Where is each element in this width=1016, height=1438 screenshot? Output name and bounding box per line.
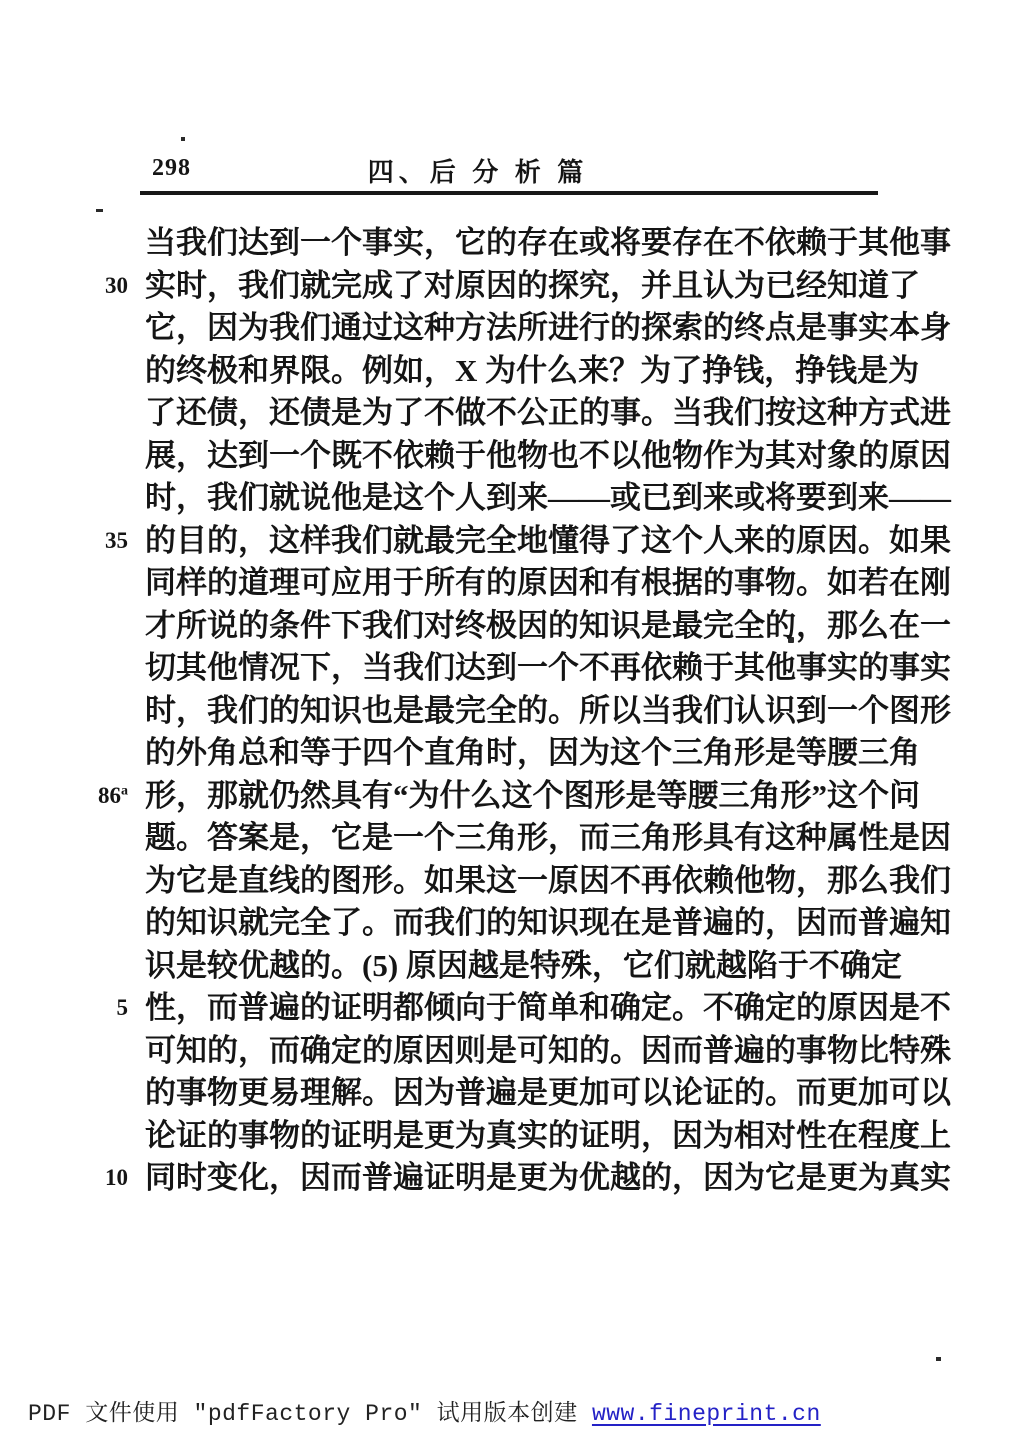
margin-label-35: 35: [52, 520, 128, 563]
chapter-header-title: 四、后 分 析 篇: [0, 152, 956, 189]
body-line: 的知识就完全了。而我们的知识现在是普遍的，因而普遍知: [145, 902, 875, 945]
pdf-watermark-text: PDF 文件使用 ″pdfFactory Pro″ 试用版本创建: [28, 1401, 592, 1427]
fineprint-link[interactable]: www.fineprint.cn: [592, 1401, 821, 1427]
header-rule: [140, 191, 878, 195]
margin-label-86a-superscript: a: [121, 783, 128, 798]
body-line: 的外角总和等于四个直角时，因为这个三角形是等腰三角: [145, 732, 875, 775]
body-text-block: 当我们达到一个事实，它的存在或将要存在不依赖于其他事 实时，我们就完成了对原因的…: [145, 222, 875, 1200]
margin-label-86a: 86a: [52, 775, 128, 818]
body-line: 了还债，还债是为了不做不公正的事。当我们按这种方式进: [145, 392, 875, 435]
scan-speck: [936, 1357, 941, 1361]
body-line: 为它是直线的图形。如果这一原因不再依赖他物，那么我们: [145, 860, 875, 903]
body-line: 的目的，这样我们就最完全地懂得了这个人来的原因。如果: [145, 520, 875, 563]
body-line: 才所说的条件下我们对终极因的知识是最完全的，那么在一: [145, 605, 875, 648]
body-line: 它，因为我们通过这种方法所进行的探索的终点是事实本身: [145, 307, 875, 350]
scan-speck: [96, 209, 103, 212]
body-line: 的终极和界限。例如，X 为什么来？为了挣钱，挣钱是为: [145, 350, 875, 393]
pdf-watermark: PDF 文件使用 ″pdfFactory Pro″ 试用版本创建 www.fin…: [28, 1394, 821, 1427]
body-line: 题。答案是，它是一个三角形，而三角形具有这种属性是因: [145, 817, 875, 860]
margin-label-86a-base: 86: [98, 783, 121, 808]
body-line: 实时，我们就完成了对原因的探究，并且认为已经知道了: [145, 265, 875, 308]
body-line: 可知的，而确定的原因则是可知的。因而普遍的事物比特殊: [145, 1030, 875, 1073]
body-line: 的事物更易理解。因为普遍是更加可以论证的。而更加可以: [145, 1072, 875, 1115]
body-line: 当我们达到一个事实，它的存在或将要存在不依赖于其他事: [145, 222, 875, 265]
body-line: 展，达到一个既不依赖于他物也不以他物作为其对象的原因: [145, 435, 875, 478]
body-line: 识是较优越的。(5) 原因越是特殊，它们就越陷于不确定: [145, 945, 875, 988]
margin-label-30: 30: [52, 265, 128, 308]
margin-label-10: 10: [52, 1157, 128, 1200]
body-line: 同样的道理可应用于所有的原因和有根据的事物。如若在刚: [145, 562, 875, 605]
body-line: 时，我们就说他是这个人到来——或已到来或将要到来——: [145, 477, 875, 520]
body-line: 论证的事物的证明是更为真实的证明，因为相对性在程度上: [145, 1115, 875, 1158]
body-line: 同时变化，因而普遍证明是更为优越的，因为它是更为真实: [145, 1157, 875, 1200]
body-line: 性，而普遍的证明都倾向于简单和确定。不确定的原因是不: [145, 987, 875, 1030]
body-line: 时，我们的知识也是最完全的。所以当我们认识到一个图形: [145, 690, 875, 733]
scanned-page: 298 四、后 分 析 篇 30 35 86a 5 10 当我们达到一个事实，它…: [0, 0, 1016, 1438]
body-line: 切其他情况下，当我们达到一个不再依赖于其他事实的事实: [145, 647, 875, 690]
scan-speck: [181, 137, 185, 141]
margin-label-5: 5: [52, 987, 128, 1030]
body-line: 形，那就仍然具有“为什么这个图形是等腰三角形”这个问: [145, 775, 875, 818]
